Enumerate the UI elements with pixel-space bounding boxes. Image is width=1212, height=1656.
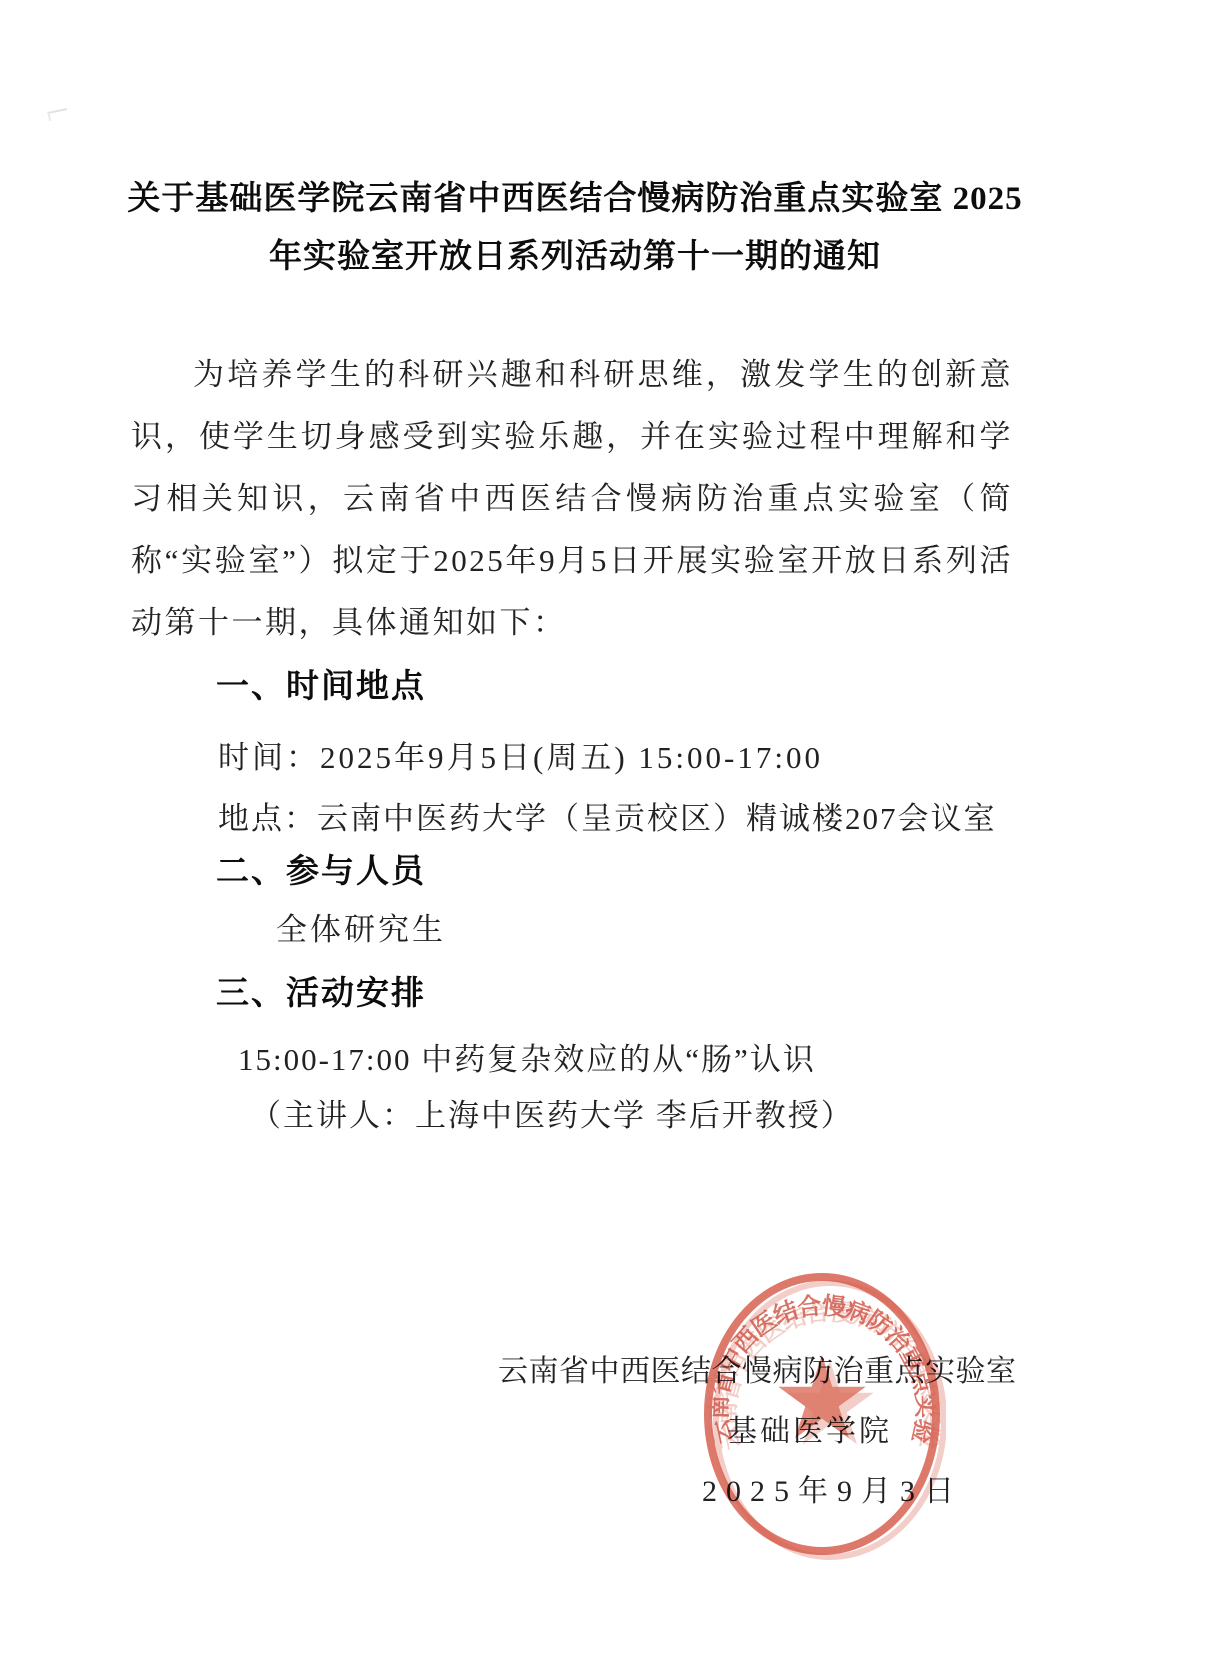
signature-organization: 云南省中西医结合慢病防治重点实验室 — [498, 1352, 1017, 1392]
section-heading-participants: 二、参与人员 — [216, 851, 426, 891]
title-line-2: 年实验室开放日系列活动第十一期的通知 — [0, 228, 1150, 286]
schedule-line: 15:00-17:00 中药复杂效应的从“肠”认识 — [238, 1038, 816, 1082]
time-line: 时间：2025年9月5日(周五) 15:00-17:00 — [218, 736, 823, 780]
title-line-1: 关于基础医学院云南省中西医结合慢病防治重点实验室 2025 — [0, 170, 1150, 228]
signature-department: 基础医学院 — [727, 1412, 892, 1452]
scan-artifact — [47, 108, 68, 121]
document-page: 关于基础医学院云南省中西医结合慢病防治重点实验室 2025 年实验室开放日系列活… — [0, 0, 1212, 1656]
document-title: 关于基础医学院云南省中西医结合慢病防治重点实验室 2025 年实验室开放日系列活… — [0, 170, 1150, 286]
intro-paragraph: 为培养学生的科研兴趣和科研思维，激发学生的创新意识，使学生切身感受到实验乐趣，并… — [131, 344, 1013, 654]
section-heading-time-place: 一、时间地点 — [216, 666, 426, 706]
signature-date: 2025年9月3日 — [702, 1472, 963, 1512]
speaker-line: （主讲人：上海中医药大学 李后开教授） — [250, 1094, 854, 1138]
section-heading-schedule: 三、活动安排 — [216, 973, 426, 1013]
participants-line: 全体研究生 — [276, 908, 446, 952]
place-line: 地点：云南中医药大学（呈贡校区）精诚楼207会议室 — [218, 797, 997, 841]
